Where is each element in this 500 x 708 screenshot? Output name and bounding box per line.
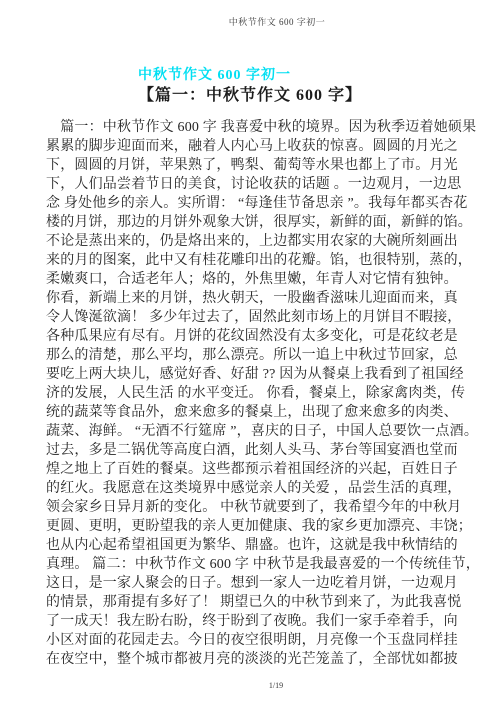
body-text-line: 下，人们品尝着节日的美食，讨论收获的话题 。一边观月，一边思 [46, 175, 478, 194]
body-text-line: 在夜空中，整个城市都被月亮的淡淡的光芒笼盖了，全部忧如都披 [46, 650, 478, 669]
body-text-line: 下，圆圆的月饼，苹果熟了，鸭梨、葡萄等水果也都上了市。月光 [46, 156, 478, 175]
document-body: 篇一：中秋节作文 600 字 我喜爱中秋的境界。因为秋季迈着她硕果累累的脚步迎面… [46, 118, 478, 669]
section-heading: 【篇一：中秋节作文 600 字】 [0, 82, 500, 105]
page-header-title: 中秋节作文 600 字初一 [27, 15, 500, 28]
body-text-line: 领会家乡日异月新的变化。 中秋节就要到了，我希望今年的中秋月 [46, 498, 478, 517]
body-text-line: 小区对面的花园走去。今日的夜空很明朗，月亮像一个玉盘同样挂 [46, 631, 478, 650]
body-text-line: 念 身处他乡的亲人。实所谓： “每逢佳节备思亲 ”。我每年都买杏花 [46, 194, 478, 213]
body-text-line: 那么的清楚，那么平均，那么漂亮。所以一追上中秋过节回家，总 [46, 346, 478, 365]
body-text-line: 更圆、更明，更盼望我的亲人更加健康、我的家乡更加漂亮、丰饶； [46, 517, 478, 536]
body-text-line: 你看，新端上来的月饼，热火朝天，一股幽香滋味儿迎面而来，真 [46, 289, 478, 308]
body-text-line: 的情景，那甭提有多好了！ 期望已久的中秋节到来了，为此我喜悦 [46, 593, 478, 612]
document-page: 中秋节作文 600 字初一 中秋节作文 600 字初一 【篇一：中秋节作文 60… [0, 0, 500, 708]
body-text-line: 篇一：中秋节作文 600 字 我喜爱中秋的境界。因为秋季迈着她硕果 [46, 118, 478, 137]
body-text-line: 各种瓜果应有尽有。月饼的花纹固然没有太多变化，可是花纹老是 [46, 327, 478, 346]
body-text-line: 不论是蒸出来的，仍是烙出来的，上边都实用农家的大碗所刻画出 [46, 232, 478, 251]
body-text-line: 令人馋涎欲滴！ 多少年过去了，固然此刻市场上的月饼目不暇接， [46, 308, 478, 327]
page-number: 1/19 [26, 681, 500, 690]
body-text-line: 柔嫩爽口，合适老年人；烙的，外焦里嫩，年青人对它情有独钟。 [46, 270, 478, 289]
body-text-line: 蔬菜、海鲜。 “无酒不行筵席 ”，喜庆的日子，中国人总要饮一点酒。 [46, 422, 478, 441]
body-text-line: 过去，多是二锅优等高度白酒，此刻人头马、茅台等国宴酒也堂而 [46, 441, 478, 460]
body-text-line: 煌之地上了百姓的餐桌。这些都预示着祖国经济的兴起，百姓日子 [46, 460, 478, 479]
body-text-line: 了一成天！我左盼右盼，终于盼到了夜晚。我们一家手牵着手，向 [46, 612, 478, 631]
body-text-line: 累累的脚步迎面而来，融着人内心马上收获的惊喜。圆圆的月光之 [46, 137, 478, 156]
body-text-line: 楼的月饼，那边的月饼外观象大饼，很厚实，新鲜的面，新鲜的馅。 [46, 213, 478, 232]
body-text-line: 这日，是一家人聚会的日子。想到一家人一边吃着月饼，一边观月 [46, 574, 478, 593]
body-text-line: 也从内心起希望祖国更为繁华、鼎盛。也许，这就是我中秋情结的 [46, 536, 478, 555]
body-text-line: 来的月的图案，此中又有桂花雕印出的花瓣。馅，也很特别，蒸的， [46, 251, 478, 270]
body-text-line: 统的蔬菜等食品外，愈来愈多的餐桌上，出现了愈来愈多的肉类、 [46, 403, 478, 422]
body-text-line: 的红火。我愿意在这类境界中感觉亲人的关爱 ，品尝生活的真理， [46, 479, 478, 498]
document-title: 中秋节作文 600 字初一 [138, 64, 291, 84]
body-text-line: 真理。 篇二：中秋节作文 600 字 中秋节是我最喜爱的一个传统佳节， [46, 555, 478, 574]
body-text-line: 要吃上两大块儿，感觉好香、好甜 ?? 因为从餐桌上我看到了祖国经 [46, 365, 478, 384]
body-text-line: 济的发展，人民生活 的水平变迁。 你看，餐桌上，除家禽肉类，传 [46, 384, 478, 403]
